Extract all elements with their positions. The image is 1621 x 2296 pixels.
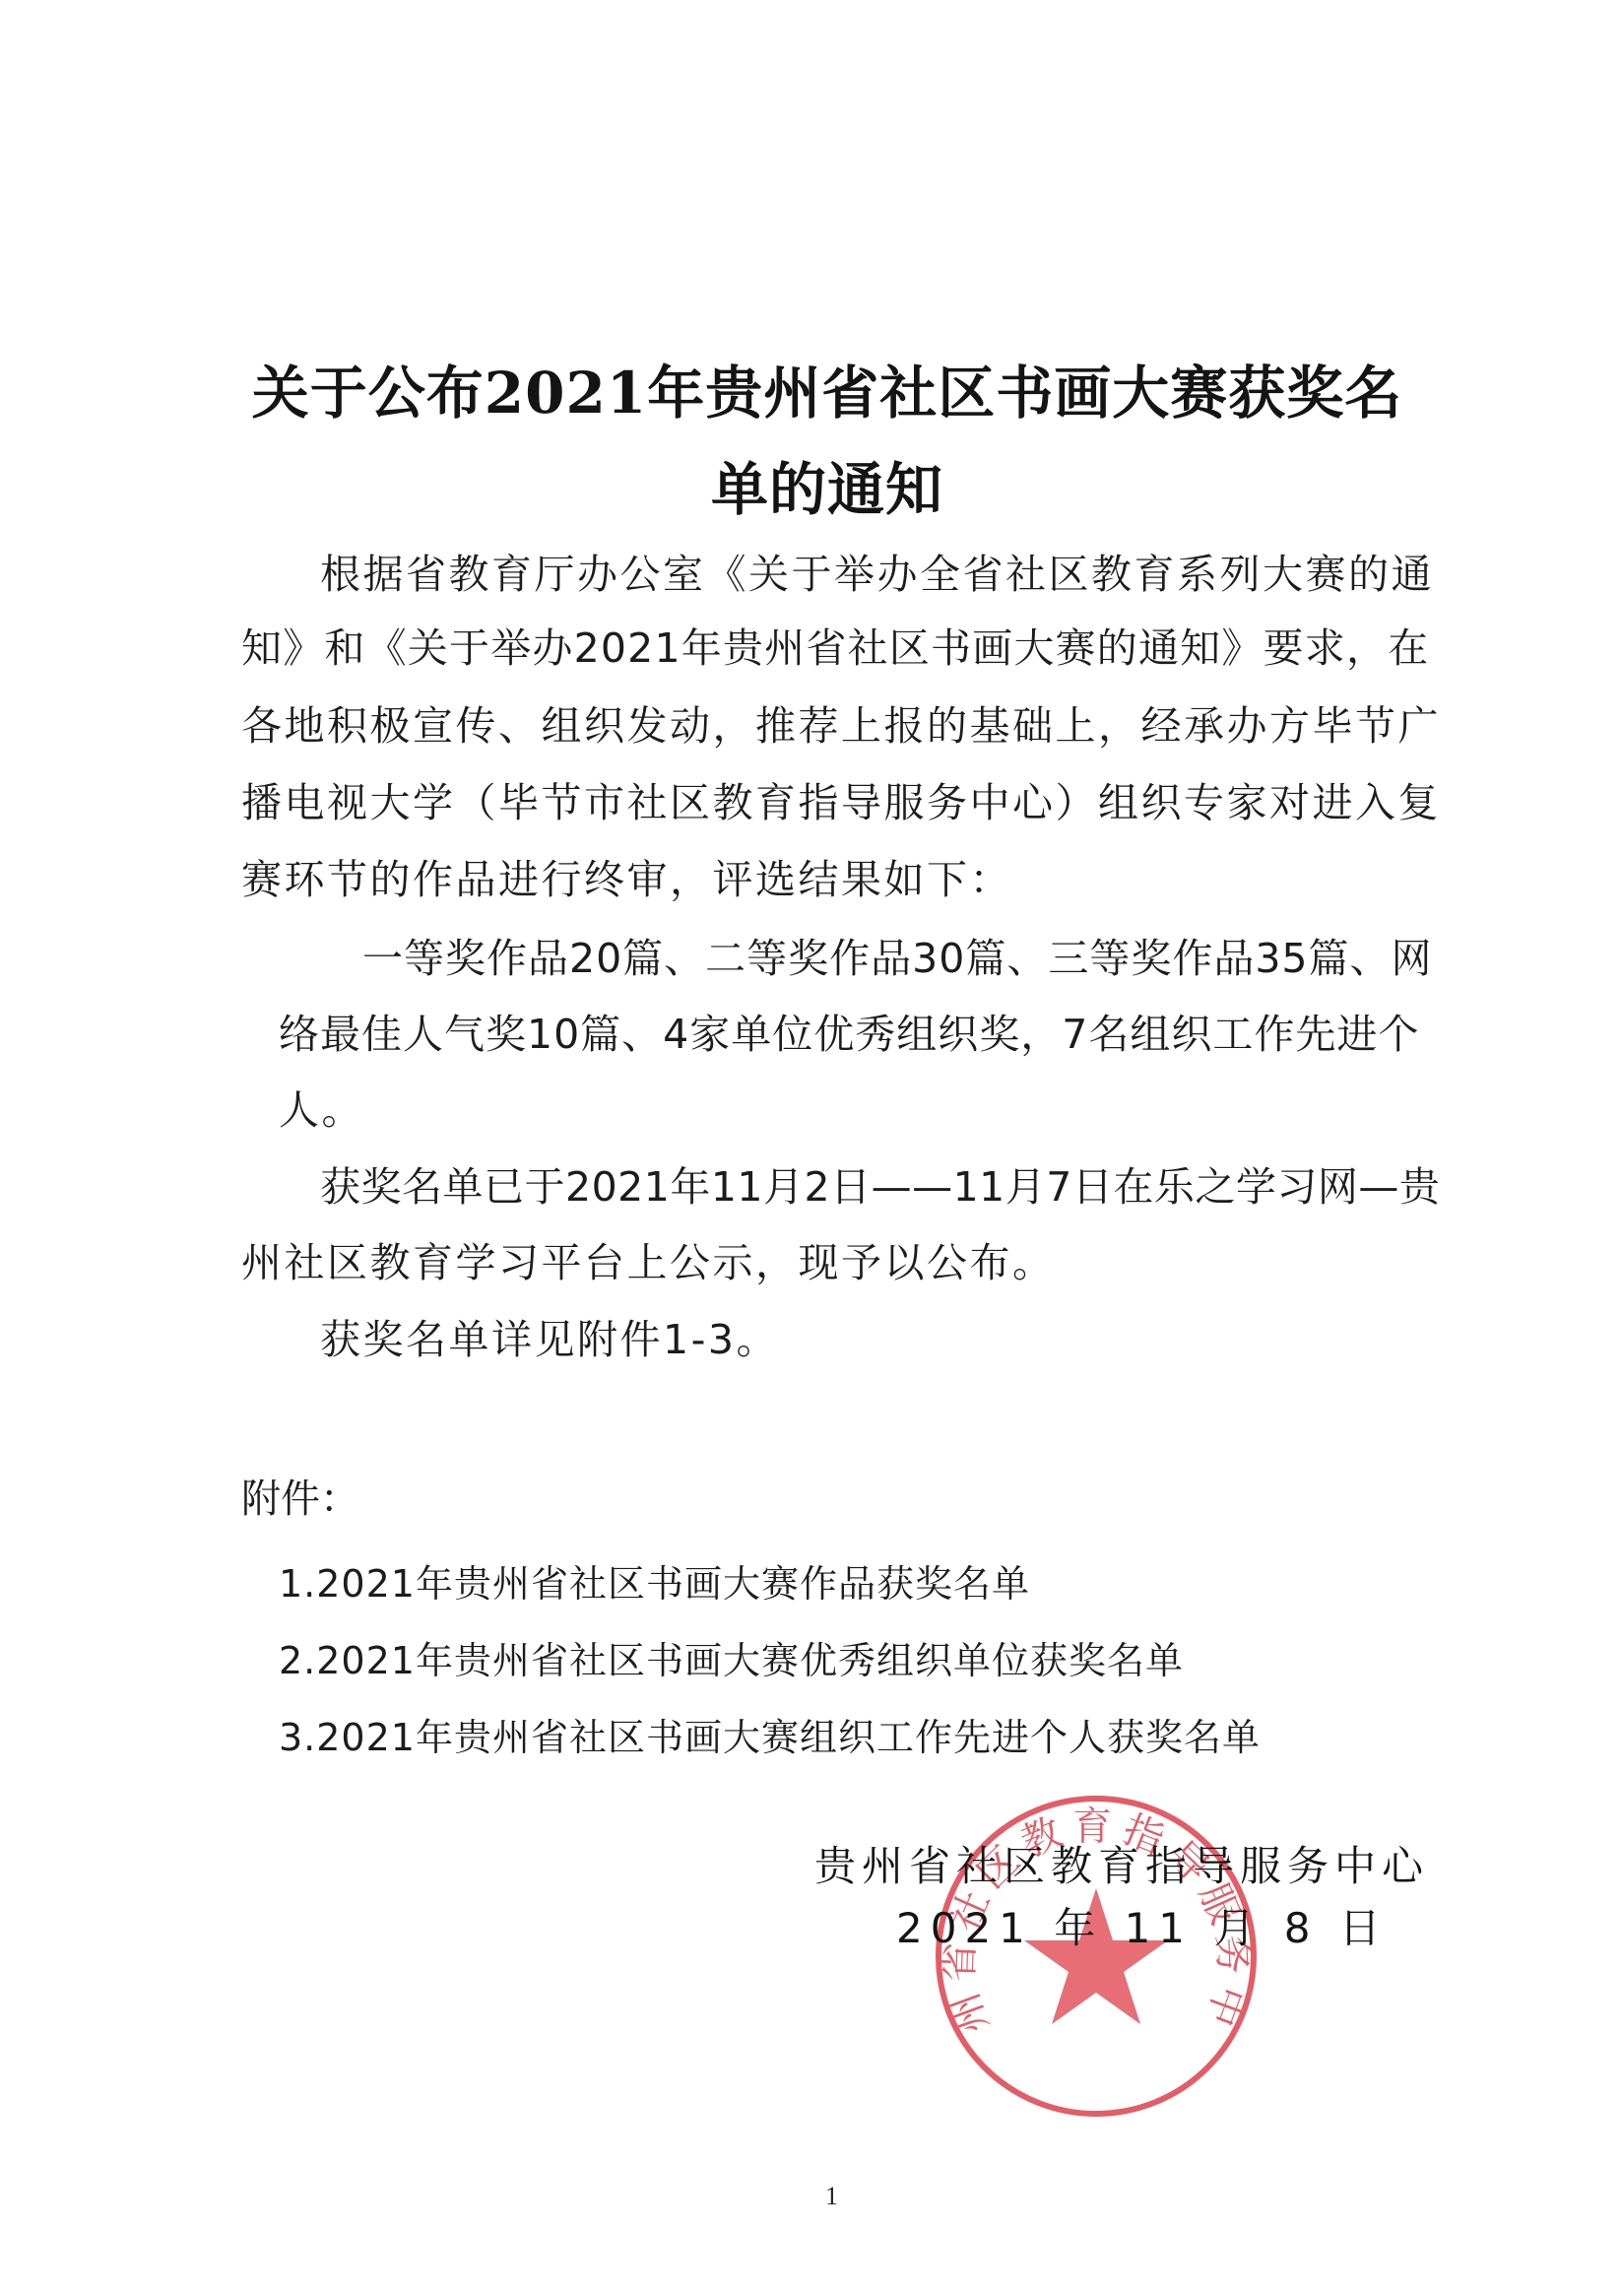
attachment-item: 3.2021年贵州省社区书画大赛组织工作先进个人获奖名单 [279,1707,1261,1761]
paragraph-1-line: 各地积极宣传、组织发动，推荐上报的基础上，经承办方毕节广 [241,701,1441,751]
attachment-item: 1.2021年贵州省社区书画大赛作品获奖名单 [279,1553,1030,1607]
paragraph-1-line: 播电视大学（毕节市社区教育指导服务中心）组织专家对进入复 [241,778,1441,827]
signature-date: 2021 年 11 月 8 日 [896,1896,1389,1955]
paragraph-1-line: 根据省教育厅办公室《关于举办全省社区教育系列大赛的通 [320,550,1434,599]
document-title-line-1: 关于公布2021年贵州省社区书画大赛获奖名 [236,347,1418,429]
paragraph-2-line: 一等奖作品20篇、二等奖作品30篇、三等奖作品35篇、网 [362,934,1433,983]
signature-organization: 贵州省社区教育指导服务中心 [814,1834,1429,1893]
paragraph-4-line: 获奖名单详见附件1-3。 [320,1315,779,1364]
paragraph-3-line: 获奖名单已于2021年11月2日——11月7日在乐之学习网—贵 [320,1162,1440,1212]
paragraph-3-line: 州社区教育学习平台上公示，现予以公布。 [241,1238,1056,1287]
attachments-label: 附件： [241,1468,359,1524]
paragraph-2-line: 人。 [279,1085,364,1135]
paragraph-1-line: 赛环节的作品进行终审，评选结果如下： [241,855,1012,904]
page-number: 1 [825,2182,838,2211]
document-title-line-2: 单的通知 [236,443,1418,526]
paragraph-1-line: 知》和《关于举办2021年贵州省社区书画大赛的通知》要求，在 [241,623,1429,673]
document-page: 关于公布2021年贵州省社区书画大赛获奖名 单的通知 根据省教育厅办公室《关于举… [0,0,1621,2296]
attachment-item: 2.2021年贵州省社区书画大赛优秀组织单位获奖名单 [279,1630,1184,1684]
paragraph-2-line: 络最佳人气奖10篇、4家单位优秀组织奖，7名组织工作先进个 [279,1010,1419,1059]
